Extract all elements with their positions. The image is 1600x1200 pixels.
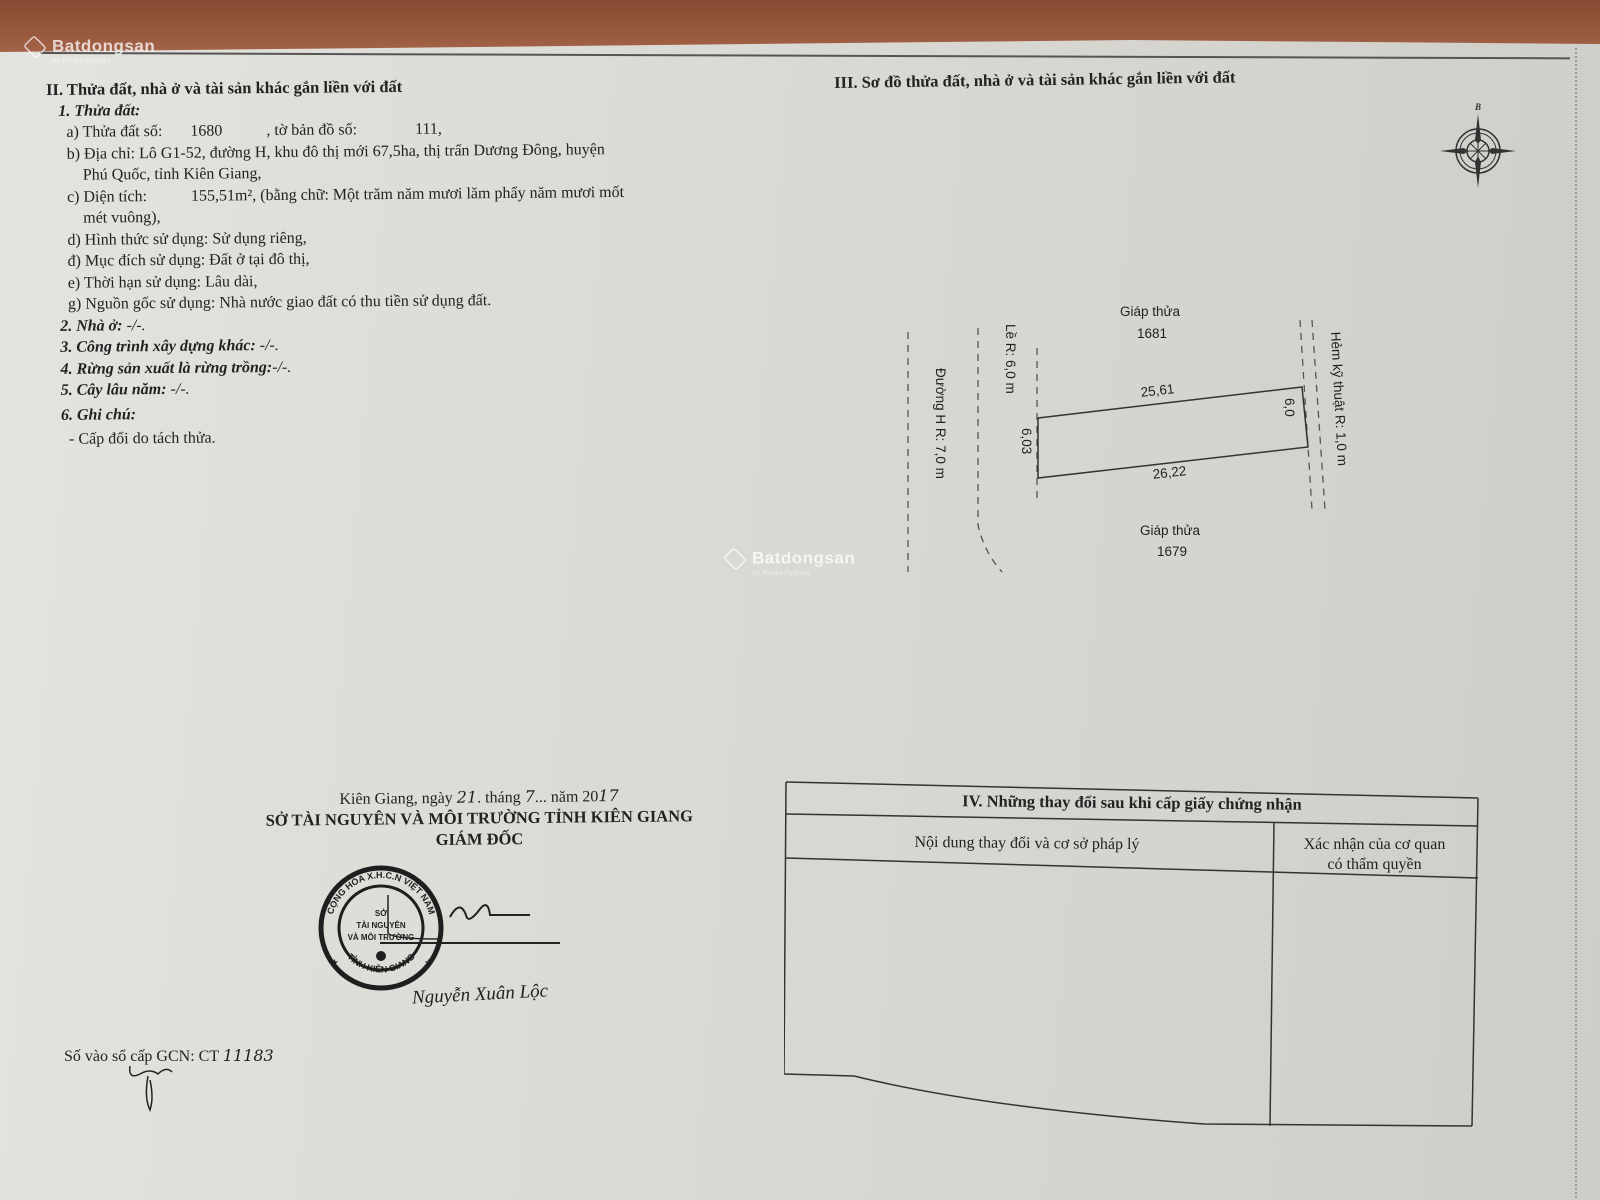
svg-text:Giáp thửa: Giáp thửa (1120, 304, 1181, 319)
issue-month: 7 (525, 787, 535, 806)
area-value: 155,51m², (bằng chữ: Một trăm năm mươi l… (191, 183, 624, 204)
section-2-land-info: II. Thửa đất, nhà ở và tài sản khác gắn … (46, 74, 626, 451)
svg-text:26,22: 26,22 (1152, 463, 1187, 482)
changes-table-frame (784, 778, 1480, 1128)
svg-text:Giáp thửa: Giáp thửa (1140, 523, 1201, 538)
svg-text:1681: 1681 (1137, 326, 1167, 341)
svg-text:Lề R: 6,0 m: Lề R: 6,0 m (1003, 324, 1018, 394)
compass-icon: B (1438, 100, 1518, 200)
watermark-logo-icon (23, 35, 47, 59)
svg-text:1679: 1679 (1157, 544, 1187, 559)
signature-block: Kiên Giang, ngày 21. tháng 7... năm 2017… (244, 785, 715, 852)
perennial-row: 5. Cây lâu năm: -/-. (49, 375, 626, 402)
parcel-diagram: Giáp thửa 1681 Giáp thửa 1679 25,61 26,2… (880, 290, 1380, 590)
notes-heading: 6. Ghi chú: (49, 399, 626, 426)
watermark-logo-icon (723, 547, 747, 571)
map-number: 111, (415, 121, 442, 138)
issue-day: 21 (457, 788, 478, 807)
svg-text:B: B (1474, 102, 1481, 112)
column-header-confirmation: Xác nhận của cơ quan có thẩm quyền (1272, 835, 1477, 875)
svg-text:★: ★ (424, 958, 433, 969)
page-border-right (1575, 48, 1577, 1198)
issue-year: 17 (598, 786, 619, 805)
svg-text:Đường H R: 7,0 m: Đường H R: 7,0 m (933, 368, 948, 479)
watermark-top-left: Batdongsan by PropertyGuru (22, 36, 155, 65)
svg-text:Hẻm kỹ thuật R: 1,0 m: Hẻm kỹ thuật R: 1,0 m (1328, 331, 1350, 466)
svg-text:★: ★ (330, 958, 339, 969)
registry-initials (120, 1058, 180, 1114)
registry-number-value: 11183 (223, 1046, 274, 1065)
parcel-number: 1680 (190, 122, 222, 139)
svg-text:6,03: 6,03 (1019, 428, 1034, 454)
svg-text:6,0: 6,0 (1282, 398, 1297, 417)
signature-stroke (380, 895, 580, 955)
watermark-center: Batdongsan by PropertyGuru (722, 548, 855, 577)
svg-text:25,61: 25,61 (1140, 381, 1175, 400)
